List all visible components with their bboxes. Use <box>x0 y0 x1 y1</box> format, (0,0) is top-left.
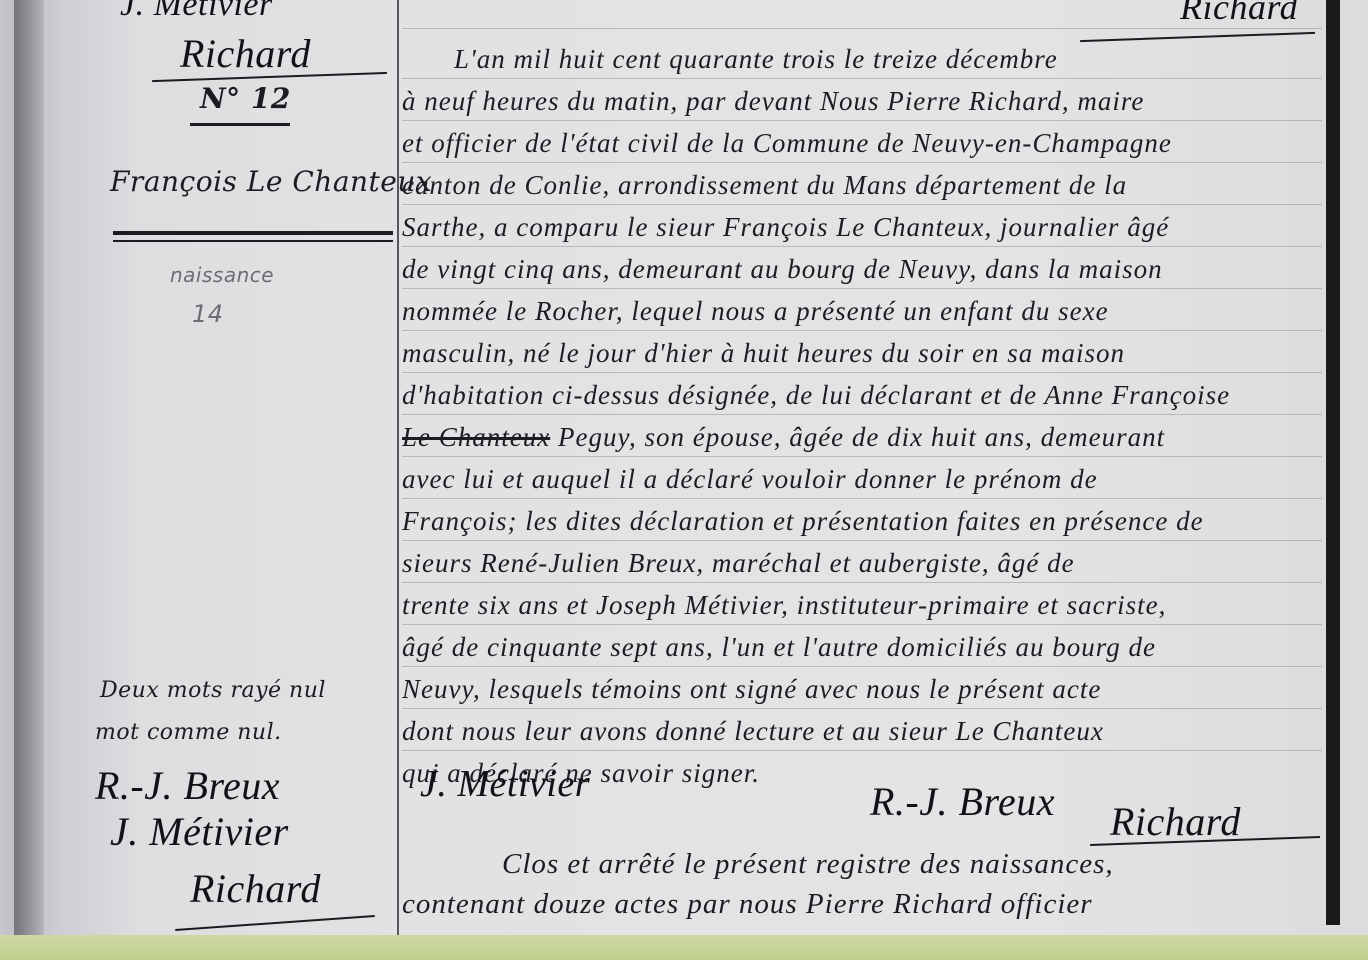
closing-line-1: Clos et arrêté le présent registre des n… <box>402 848 1368 881</box>
pencil-note-number: 14 <box>192 300 224 328</box>
body-line-14: trente six ans et Joseph Métivier, insti… <box>402 590 1322 621</box>
body-line-6: de vingt cinq ans, demeurant au bourg de… <box>402 254 1322 285</box>
margin-double-rule-bottom <box>113 240 393 242</box>
body-line-17: dont nous leur avons donné lecture et au… <box>402 716 1322 747</box>
ruled-line <box>402 162 1322 163</box>
struck-surname: Le Chanteux <box>402 422 550 452</box>
body-line-10: Le Chanteux Peguy, son épouse, âgée de d… <box>402 422 1322 453</box>
ruled-line <box>402 456 1322 457</box>
header-signature-metivier: J. Métivier <box>120 0 273 24</box>
pencil-note-naissance: naissance <box>170 263 274 287</box>
body-line-11: avec lui et auquel il a déclaré vouloir … <box>402 464 1322 495</box>
body-line-12: François; les dites déclaration et prése… <box>402 506 1322 537</box>
ruled-line <box>402 204 1322 205</box>
ruled-line <box>402 120 1322 121</box>
body-signature-breux: R.-J. Breux <box>870 778 1055 825</box>
top-right-flourish <box>1080 32 1315 42</box>
margin-signature-breux: R.-J. Breux <box>95 762 280 809</box>
ruled-line <box>402 78 1322 79</box>
body-line-5: Sarthe, a comparu le sieur François Le C… <box>402 212 1322 243</box>
margin-divider <box>397 0 399 935</box>
body-line-16: Neuvy, lesquels témoins ont signé avec n… <box>402 674 1322 705</box>
margin-approval-line1: Deux mots rayé nul <box>100 678 326 703</box>
body-line-8: masculin, né le jour d'hier à huit heure… <box>402 338 1322 369</box>
ruled-line <box>402 666 1322 667</box>
ruled-line <box>402 624 1322 625</box>
top-right-signature: Richard <box>1180 0 1298 28</box>
background-surface-strip <box>0 935 1368 960</box>
closing-line-2: contenant douze actes par nous Pierre Ri… <box>402 888 1322 921</box>
body-line-15: âgé de cinquante sept ans, l'un et l'aut… <box>402 632 1322 663</box>
ruled-line <box>402 498 1322 499</box>
margin-approval-line2: mot comme nul. <box>95 720 282 745</box>
margin-child-name: François Le Chanteux <box>110 165 432 198</box>
ruled-line <box>402 372 1322 373</box>
margin-signature-richard: Richard <box>190 865 321 912</box>
margin-double-rule-top <box>113 231 393 235</box>
body-line-1: L'an mil huit cent quarante trois le tre… <box>402 44 1368 75</box>
body-line-2: à neuf heures du matin, par devant Nous … <box>402 86 1322 117</box>
margin-signature-metivier: J. Métivier <box>110 808 289 855</box>
entry-number: N° 12 <box>200 82 291 115</box>
body-line-3: et officier de l'état civil de la Commun… <box>402 128 1322 159</box>
right-border-bar <box>1326 0 1340 925</box>
entry-number-rule <box>190 123 290 126</box>
ruled-line <box>402 246 1322 247</box>
body-line-4: canton de Conlie, arrondissement du Mans… <box>402 170 1322 201</box>
ruled-line <box>402 28 1322 29</box>
ruled-line <box>402 582 1322 583</box>
body-line-10-text: Peguy, son épouse, âgée de dix huit ans,… <box>558 422 1165 452</box>
register-page: J. Métivier Richard Richard N° 12 Franço… <box>0 0 1368 942</box>
body-line-7: nommée le Rocher, lequel nous a présenté… <box>402 296 1322 327</box>
ruled-line <box>402 288 1322 289</box>
photocopy-shadow <box>14 0 44 935</box>
ruled-line <box>402 414 1322 415</box>
margin-signature-flourish <box>175 915 375 931</box>
header-signature-richard: Richard <box>180 30 311 77</box>
body-line-13: sieurs René-Julien Breux, maréchal et au… <box>402 548 1322 579</box>
body-signature-richard: Richard <box>1110 798 1241 845</box>
ruled-line <box>402 708 1322 709</box>
ruled-line <box>402 750 1322 751</box>
ruled-line <box>402 330 1322 331</box>
body-signature-metivier: J. Métivier <box>420 762 590 806</box>
body-line-9: d'habitation ci-dessus désignée, de lui … <box>402 380 1322 411</box>
ruled-line <box>402 540 1322 541</box>
